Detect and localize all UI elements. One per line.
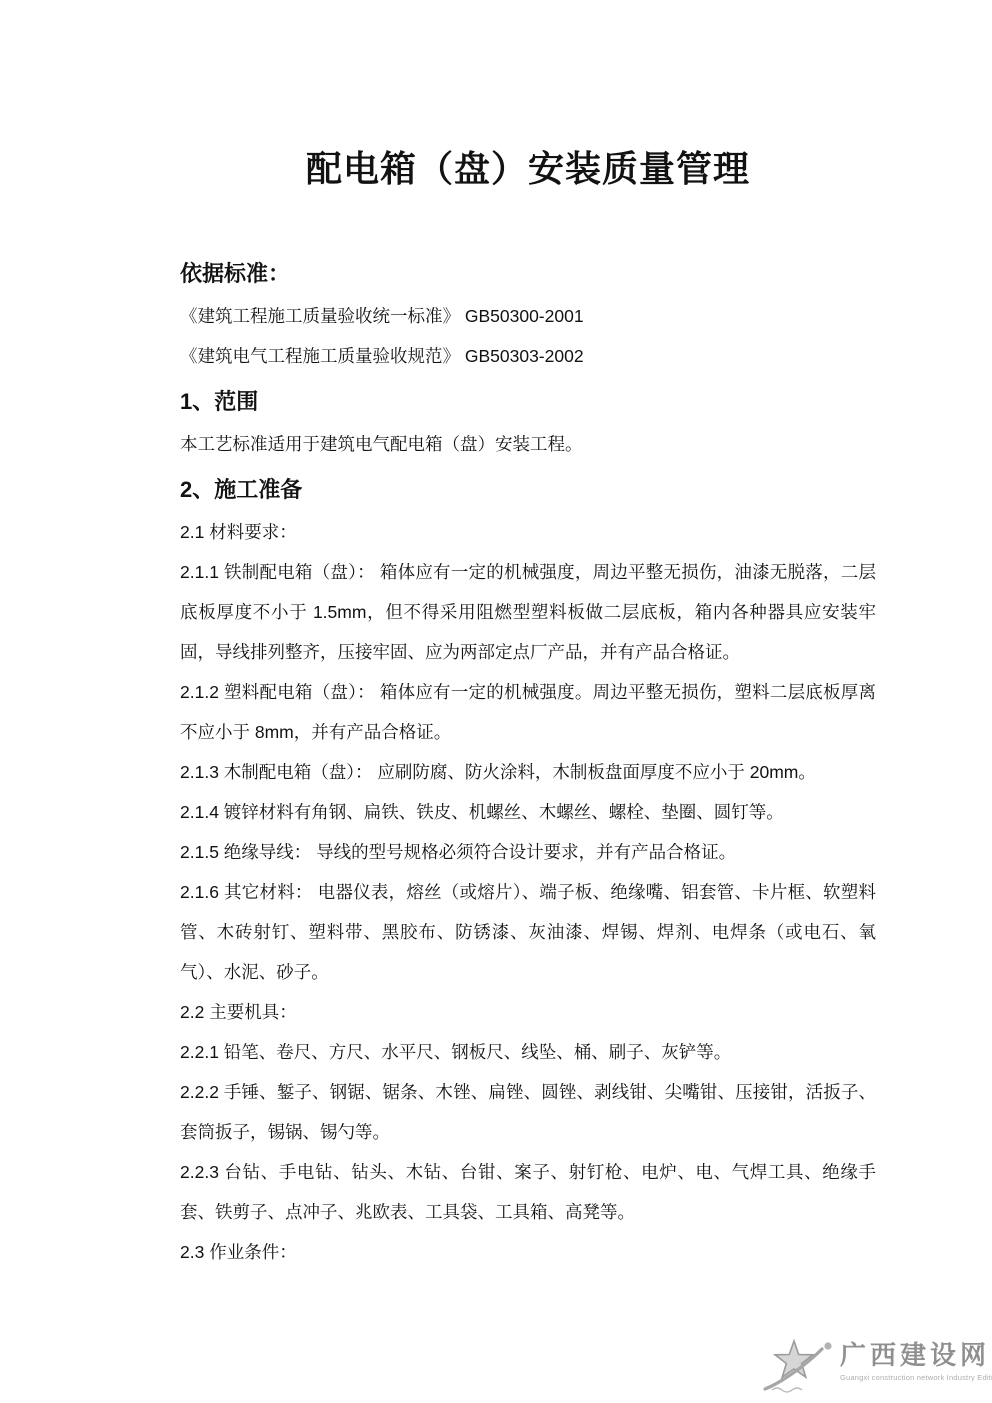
heading-basis-standards: 依据标准： bbox=[180, 252, 876, 296]
para-2-2-3-tools: 2.2.3 台钻、手电钻、钻头、木钻、台钳、案子、射钉枪、电炉、电、气焊工具、绝… bbox=[180, 1152, 876, 1232]
para-2-1-3-wooden-box: 2.1.3 木制配电箱（盘）： 应刷防腐、防火涂料，木制板盘面厚度不应小于 20… bbox=[180, 752, 876, 792]
para-2-2-1-tools: 2.2.1 铅笔、卷尺、方尺、水平尺、钢板尺、线坠、桶、刷子、灰铲等。 bbox=[180, 1032, 876, 1072]
para-standard-gb50303: 《建筑电气工程施工质量验收规范》 GB50303-2002 bbox=[180, 336, 876, 376]
para-2-1-1-iron-box: 2.1.1 铁制配电箱（盘）： 箱体应有一定的机械强度，周边平整无损伤，油漆无脱… bbox=[180, 552, 876, 672]
para-2-1-material-requirements: 2.1 材料要求： bbox=[180, 512, 876, 552]
star-logo-icon bbox=[760, 1335, 836, 1402]
heading-construction-preparation: 2、施工准备 bbox=[180, 468, 876, 512]
para-2-1-2-plastic-box: 2.1.2 塑料配电箱（盘）： 箱体应有一定的机械强度。周边平整无损伤，塑料二层… bbox=[180, 672, 876, 752]
document-content: 配电箱（盘）安装质量管理 依据标准： 《建筑工程施工质量验收统一标准》 GB50… bbox=[180, 0, 876, 1272]
para-2-1-5-insulated-wire: 2.1.5 绝缘导线： 导线的型号规格必须符合设计要求，并有产品合格证。 bbox=[180, 832, 876, 872]
para-standard-gb50300: 《建筑工程施工质量验收统一标准》 GB50300-2001 bbox=[180, 296, 876, 336]
para-2-1-6-other-materials: 2.1.6 其它材料： 电器仪表，熔丝（或熔片）、端子板、绝缘嘴、铝套管、卡片框… bbox=[180, 872, 876, 992]
watermark-text-block: 广西建设网 Guangxi construction network Indus… bbox=[836, 1333, 992, 1382]
para-2-3-work-conditions: 2.3 作业条件： bbox=[180, 1232, 876, 1272]
page-title: 配电箱（盘）安装质量管理 bbox=[180, 146, 876, 192]
para-scope: 本工艺标准适用于建筑电气配电箱（盘）安装工程。 bbox=[180, 424, 876, 464]
watermark-site-name: 广西建设网 bbox=[840, 1341, 992, 1371]
document-page: 配电箱（盘）安装质量管理 依据标准： 《建筑工程施工质量验收统一标准》 GB50… bbox=[0, 0, 992, 1403]
para-2-2-main-tools: 2.2 主要机具： bbox=[180, 992, 876, 1032]
heading-scope: 1、范围 bbox=[180, 380, 876, 424]
watermark-tagline: Guangxi construction network Industry Ed… bbox=[840, 1373, 992, 1382]
para-2-1-4-galvanized-materials: 2.1.4 镀锌材料有角钢、扁铁、铁皮、机螺丝、木螺丝、螺栓、垫圈、圆钉等。 bbox=[180, 792, 876, 832]
site-watermark: 广西建设网 Guangxi construction network Indus… bbox=[760, 1333, 984, 1397]
para-2-2-2-tools: 2.2.2 手锤、錾子、钢锯、锯条、木锉、扁锉、圆锉、剥线钳、尖嘴钳、压接钳，活… bbox=[180, 1072, 876, 1152]
